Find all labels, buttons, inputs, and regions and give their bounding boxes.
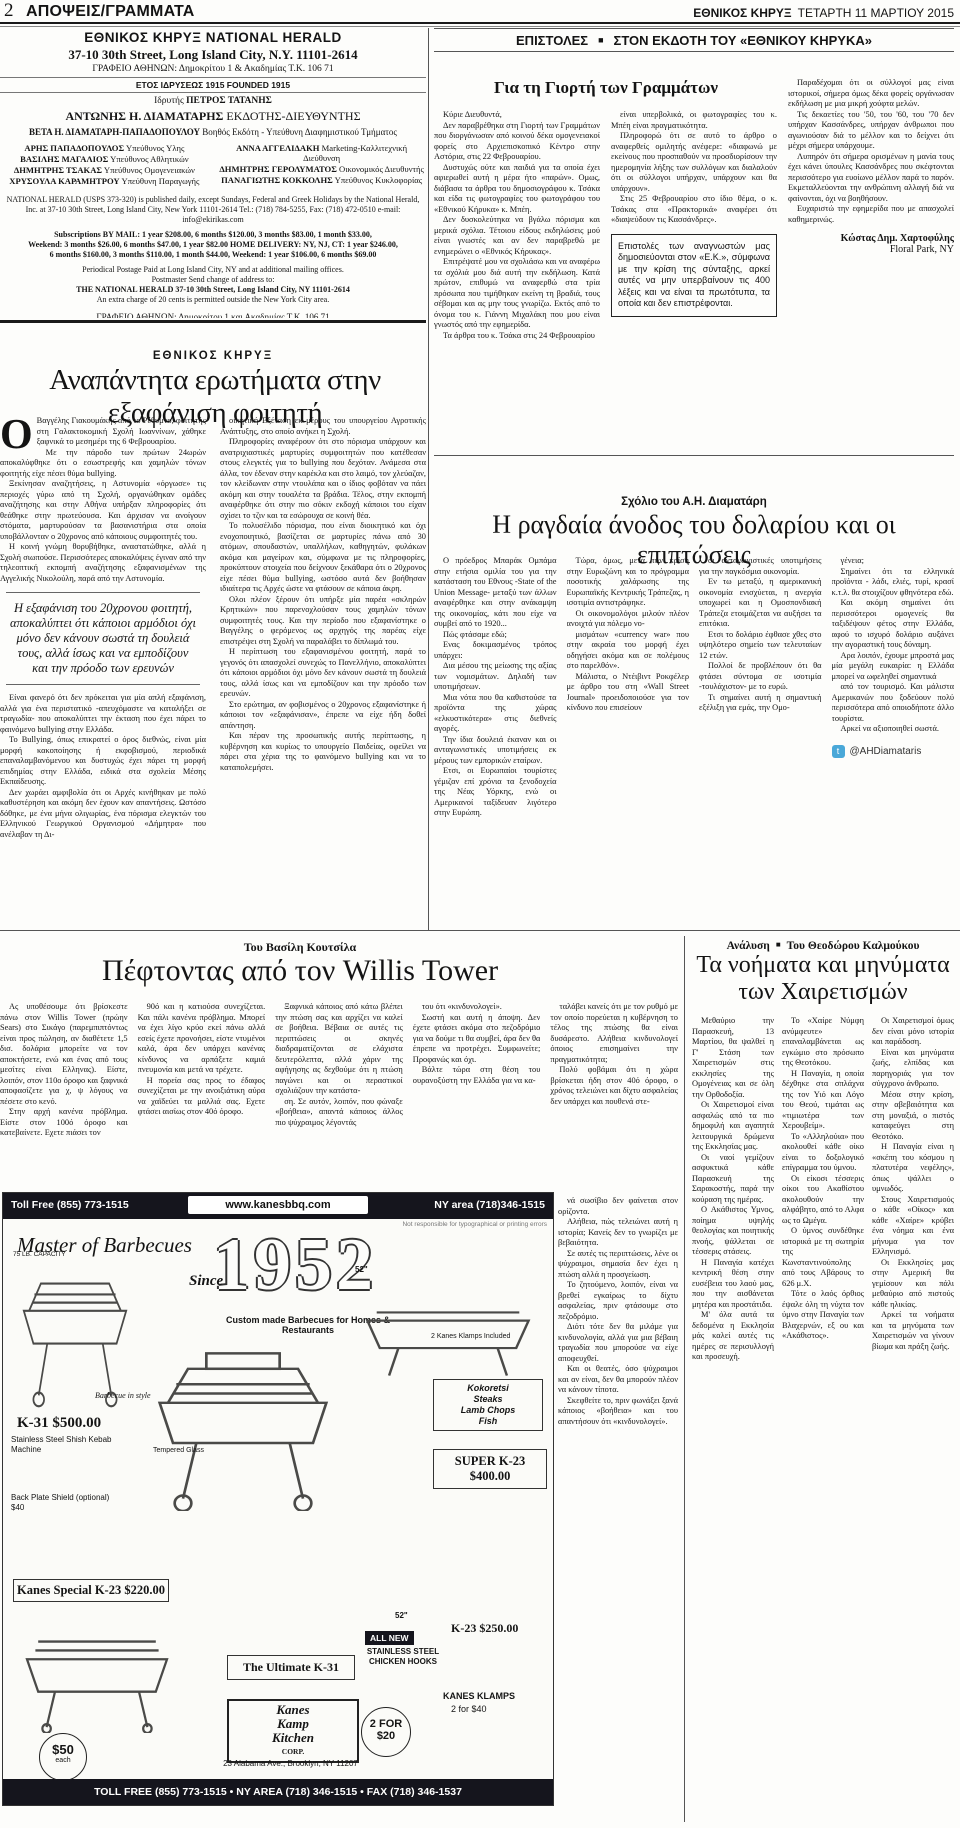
ad-klamps-included: 2 Kanes Klamps Included	[431, 1333, 541, 1342]
paragraph: είναι υπερβολικά, οι φωτογραφίες του κ. …	[611, 110, 777, 131]
paragraph: Ετσι, οι Ευρωπαίοι τουρίστες γέμιζαν επί…	[434, 766, 557, 819]
column-divider	[428, 28, 429, 930]
paragraph: Fish	[434, 1416, 542, 1427]
paragraph: Τα άρθρα του κ. Τσάκα στις 24 Φεβρουαρίο…	[434, 331, 600, 342]
comment-col-4: γένεια;Σημαίνει ότι τα ελληνικά προϊόντα…	[832, 556, 955, 908]
ad-toll-free: Toll Free (855) 773-1515	[11, 1199, 129, 1211]
staff-right: ΑΝΝΑ ΑΓΓΕΛΙΔΑΚΗ Marketing-Καλλιτεχνική Δ…	[217, 143, 426, 187]
athens-contact: ΓΡΑΦΕΙΟ ΑΘΗΝΩΝ: Δημοκρίτου 1 και Ακαδημί…	[0, 312, 426, 318]
paragraph: Steaks	[434, 1394, 542, 1405]
ad-dimension-label: 52"	[355, 1265, 368, 1274]
staff-left: ΑΡΗΣ ΠΑΠΑΔΟΠΟΥΛΟΣ Υπεύθυνος Υλης ΒΑΣΙΛΗΣ…	[0, 143, 209, 187]
paragraph: ση. Σε αυτόν, λοιπόν, που φώναξε «βοήθει…	[275, 1097, 403, 1129]
masthead-athens-office: ΓΡΑΦΕΙΟ ΑΘΗΝΩΝ: Δημοκρίτου 1 & Ακαδημίας…	[0, 64, 426, 74]
ad-bottom-banner: TOLL FREE (855) 773-1515 • NY AREA (718)…	[3, 1779, 553, 1805]
paragraph: Ξαφνικά κάποιος από κάτω βλέπει την πτώσ…	[275, 1002, 403, 1097]
paragraph: Μεθαύριο την Παρασκευή, 13 Μαρτίου, θα ψ…	[692, 1016, 774, 1100]
editorial-col-2: οικητική Εξέταση εκ μέρους του υπουργείο…	[220, 416, 426, 928]
ad-disclaimer: Not responsible for typographical or pri…	[402, 1221, 547, 1228]
paragraph: Πολύ φοβάμαι ότι η χώρα βρίσκεται ήδη στ…	[550, 1065, 678, 1107]
analysis-body: Μεθαύριο την Παρασκευή, 13 Μαρτίου, θα ψ…	[692, 1016, 954, 1776]
page-header: 2 ΑΠΟΨΕΙΣ/ΓΡΑΜΜΑΤΑ ΕΘΝΙΚΟΣ ΚΗΡΥΞΤΕΤΑΡΤΗ …	[0, 0, 960, 22]
ad-tempered-label: Tempered Glass	[153, 1447, 204, 1454]
staff-list: ΑΡΗΣ ΠΑΠΑΔΟΠΟΥΛΟΣ Υπεύθυνος Υλης ΒΑΣΙΛΗΣ…	[0, 143, 426, 187]
paragraph-group: είναι υπερβολικά, οι φωτογραφίες του κ. …	[611, 110, 777, 226]
paragraph: Ετσι το δολάριο έφθασε χθες στο υψηλότερ…	[699, 630, 822, 662]
paragraph: Το «Χαίρε Νύμφη ανύμφευτε» επαναλαμβάνετ…	[782, 1016, 864, 1069]
paragraph: Αρκεί να αξιοποιηθεί σωστά.	[832, 724, 955, 735]
letters-section: ΕΠΙΣΤΟΛΕΣ■ΣΤΟΝ ΕΚΔΟΤΗ ΤΟΥ «ΕΘΝΙΚΟΥ ΚΗΡΥΚ…	[434, 28, 954, 452]
paragraph: Ο Ακάθιστος Υμνος, ποίημα υψηλής θεολογί…	[692, 1205, 774, 1258]
comment-col-3: οι ανταγωνιστικές υποτιμήσεις για την πα…	[699, 556, 822, 908]
paragraph: Τις δεκαετίες του '50, του '60, του '70 …	[788, 110, 954, 152]
paragraph-group: οικητική Εξέταση εκ μέρους του υπουργείο…	[220, 416, 426, 773]
paragraph: Η κοινή γνώμη θορυβήθηκε, αναστατώθηκε, …	[0, 542, 206, 584]
paragraph: Ευχαριστώ την εφημερίδα που με απασχολεί…	[788, 204, 954, 225]
masthead: ΕΘΝΙΚΟΣ ΚΗΡΥΞ NATIONAL HERALD 37-10 30th…	[0, 30, 426, 318]
paragraph: Η περίπτωση του εξαφανισμένου φοιτητή, π…	[220, 647, 426, 700]
falling-byline: Του Βασίλη Κουτσίλα	[0, 940, 600, 955]
masthead-title: ΕΘΝΙΚΟΣ ΚΗΡΥΞ NATIONAL HERALD	[0, 30, 426, 45]
paragraph: οι ανταγωνιστικές υποτιμήσεις για την πα…	[699, 556, 822, 577]
paragraph: Δεν παραβρέθηκα στη Γιορτή των Γραμμάτων…	[434, 121, 600, 163]
twitter-icon: t	[832, 745, 845, 758]
analysis-col-1: Μεθαύριο την Παρασκευή, 13 Μαρτίου, θα ψ…	[692, 1016, 774, 1776]
paragraph: Δεν χωράει αμφιβολία ότι οι Αρχές κινήθη…	[0, 788, 206, 841]
paragraph: Lamb Chops	[434, 1405, 542, 1416]
paragraph: 90ό και η κατιούσα συνεχίζεται. Και πάλι…	[138, 1002, 266, 1076]
paragraph: Πληροφορίες αναφέρουν ότι στο πόρισμα υπ…	[220, 437, 426, 521]
ad-website: www.kanesbbq.com	[188, 1196, 368, 1214]
paragraph: Είναι και μηνύματα ζωής, ελπίδας και παρ…	[872, 1048, 954, 1090]
staff-member: ΠΑΝΑΓΙΩΤΗΣ ΚΟΚΚΟΛΗΣ Υπεύθυνος Κυκλοφορία…	[217, 175, 426, 185]
paragraph: Οι Χαιρετισμοί όμως δεν είναι μόνο ιστορ…	[872, 1016, 954, 1048]
ad-backplate-label: Back Plate Shield (optional) $40	[11, 1493, 121, 1512]
staff-member: ΒΑΣΙΛΗΣ ΜΑΓΑΛΙΟΣ Υπεύθυνος Αθλητικών	[0, 154, 209, 164]
grill-illustration	[143, 1341, 343, 1511]
falling-continuation: νά σωσίβιο δεν φαίνεται στον ορίζοντα.Αλ…	[558, 1196, 678, 1804]
falling-headline: Πέφτοντας από τον Willis Tower	[0, 954, 600, 988]
ad-since: Since	[189, 1273, 223, 1290]
analysis-headline: Τα νοήματα και μηνύματα των Χαιρετισμών	[692, 952, 954, 1006]
paragraph: μισμάτων «currency war» που στην ακραία …	[567, 630, 690, 672]
paragraph: Ο πρόεδρος Μπαράκ Ομπάμα στην ετήσια ομι…	[434, 556, 557, 630]
ad-50-each-badge: $50each	[39, 1733, 87, 1781]
paragraph: Αρα λοιπόν, έχουμε μπροστά μας μία μεγάλ…	[832, 651, 955, 683]
paragraph: Αρκεί τα νοήματα και τα μηνύματα των Χαι…	[872, 1310, 954, 1352]
paragraph: Τώρα, όμως, μετά την κρίση στην Ευρωζώνη…	[567, 556, 690, 609]
paragraph: Οι είκοσι τέσσερις οίκοι του Ακαθίστου α…	[782, 1174, 864, 1227]
paragraph: Στις 25 Φεβρουαρίου στο ίδιο θέμα, ο κ. …	[611, 194, 777, 226]
falling-col-1: Ας υποθέσουμε ότι βρίσκεστε πάνω στον Wi…	[0, 1002, 128, 1188]
grill-illustration	[11, 1259, 139, 1409]
paragraph: Η Παναγία, η οποία δέχθηκε στα σπλάχνα τ…	[782, 1069, 864, 1132]
bbq-advertisement: Toll Free (855) 773-1515 www.kanesbbq.co…	[2, 1192, 554, 1806]
falling-col-5: ταλάβει κανείς ότι με τον ρυθμό με τον ο…	[550, 1002, 678, 1188]
paragraph: Μ' όλα αυτά τα δεδομένα η Εκκλησία μάς κ…	[692, 1310, 774, 1363]
paragraph: Μια νότα που θα καθιστούσε τα προϊόντα τ…	[434, 693, 557, 735]
paragraph: Ο Βαγγέλης Γιακουμάκης από το Ρέθυμνο, φ…	[0, 416, 206, 448]
paragraph: Και οι θεατές, όσο ψύχραιμοι και αν είνα…	[558, 1364, 678, 1396]
paragraph: Ο ύμνος συνδέθηκε ιστορικά με τη σωτηρία…	[782, 1226, 864, 1289]
paragraph: Ολοι πλέον ξέρουν ότι υπήρξε μία παρέα «…	[220, 595, 426, 648]
editorial-col-1: Ο Βαγγέλης Γιακουμάκης από το Ρέθυμνο, φ…	[0, 416, 206, 928]
ad-shish-label: Stainless Steel Shish Kebab Machine	[11, 1435, 131, 1454]
staff-member: ΑΡΗΣ ΠΑΠΑΔΟΠΟΥΛΟΣ Υπεύθυνος Υλης	[0, 143, 209, 153]
paragraph: ταλάβει κανείς ότι με τον ρυθμό με τον ο…	[550, 1002, 678, 1065]
paragraph-group: Παραδέχομαι ότι οι σύλλογοί μας είναι ισ…	[788, 78, 954, 225]
falling-body: Ας υποθέσουμε ότι βρίσκεστε πάνω στον Wi…	[0, 1002, 678, 1188]
falling-col-3: Ξαφνικά κάποιος από κάτω βλέπει την πτώσ…	[275, 1002, 403, 1188]
paragraph: Οι ναοί γεμίζουν ασφυκτικά κάθε Παρασκευ…	[692, 1153, 774, 1206]
staff-member: ΔΗΜΗΤΡΗΣ ΤΣΑΚΑΣ Υπεύθυνος Ομογενειακών	[0, 165, 209, 175]
masthead-address: 37-10 30th Street, Long Island City, N.Y…	[0, 47, 426, 63]
paragraph: Το «Αλληλούια» που ακολουθεί κάθε οίκο ε…	[782, 1132, 864, 1174]
pull-quote: Η εξαφάνιση του 20χρονου φοιτητή, αποκαλ…	[6, 592, 200, 685]
comment-col-2: Τώρα, όμως, μετά την κρίση στην Ευρωζώνη…	[567, 556, 690, 908]
paragraph: Πώς φτάσαμε εδώ;	[434, 630, 557, 641]
ad-capacity-label: 75 LB. CAPACITY	[13, 1251, 66, 1258]
ad-special-price: Kanes Special K-23 $220.00	[13, 1579, 169, 1602]
paragraph: γένεια;	[832, 556, 955, 567]
legal-notice: NATIONAL HERALD (USPS 373-320) is publis…	[0, 195, 426, 225]
editorial-rule	[0, 320, 426, 323]
analysis-byline: Ανάλυση■Του Θεοδώρου Καλμούκου	[692, 940, 954, 952]
paragraph: Οι Χαιρετισμοί είναι ασφαλώς από τα πιο …	[692, 1100, 774, 1153]
paragraph-group: Με την πάροδο των πρώτων 24ωρών αποκαλύφ…	[0, 448, 206, 585]
square-bullet-icon: ■	[776, 940, 781, 949]
paragraph: Δεν δυσκολεύτηκα να βγάλω πόρισμα και με…	[434, 215, 600, 257]
paragraph: Είναι φανερό ότι δεν πρόκειται για μία α…	[0, 693, 206, 735]
page-number: 2	[4, 0, 14, 22]
header-rule	[0, 22, 960, 24]
postal-notice: Periodical Postage Paid at Long Island C…	[0, 265, 426, 305]
editor-note-box: Επιστολές των αναγνωστών μας δημοσιεύοντ…	[611, 234, 777, 317]
issue-date: ΤΕΤΑΡΤΗ 11 ΜΑΡΤΙΟΥ 2015	[798, 6, 954, 20]
paragraph: Αλήθεια, πώς τελειώνει αυτή η ιστορία; Κ…	[558, 1217, 678, 1249]
ad-top-banner: Toll Free (855) 773-1515 www.kanesbbq.co…	[3, 1193, 553, 1219]
paragraph: Μάλιστα, ο Ντέιβιντ Ροκφέλερ με άρθρο το…	[567, 672, 690, 714]
section-divider	[0, 930, 960, 931]
paragraph: Μέσα στην κρίση, στην αβεβαιότητα και στ…	[872, 1090, 954, 1143]
ad-ny-area: NY area (718)346-1515	[434, 1199, 545, 1211]
paragraph: Η πορεία σας προς το έδαφος συνεχίζεται …	[138, 1076, 266, 1118]
letter-signature: Κώστας Δημ. Χαρτοφύλης Floral Park, NY	[788, 233, 954, 255]
ad-address: 23 Alabama Ave., Brooklyn, NY 11207	[203, 1759, 378, 1768]
staff-member: ΧΡΥΣΟΥΛΑ ΚΑΡΑΜΗΤΡΟΥ Υπεύθυνη Παραγωγής	[0, 176, 209, 186]
masthead-publisher: ΑΝΤΩΝΗΣ Η. ΔΙΑΜΑΤΑΡΗΣ ΕΚΔΟΤΗΣ-ΔΙΕΥΘΥΝΤΗΣ	[0, 109, 426, 124]
ad-dimension-label: 52"	[395, 1611, 408, 1620]
paragraph: οικητική Εξέταση εκ μέρους του υπουργείο…	[220, 416, 426, 437]
editorial-body: Ο Βαγγέλης Γιακουμάκης από το Ρέθυμνο, φ…	[0, 416, 426, 928]
paragraph: Η Παναγία είναι η «σκέπη του κόσμου η πλ…	[872, 1142, 954, 1195]
paragraph: από τον τουρισμό. Και μάλιστα Αμερικανών…	[832, 682, 955, 724]
paragraph: Λυπηρόν ότι σήμερα ορισμένων η μανία του…	[788, 152, 954, 205]
paragraph: Στους Χαιρετισμούς ο κάθε «Οίκος» και κά…	[872, 1195, 954, 1258]
paragraph: Στην αρχή κανένα πρόβλημα. Είστε στον 10…	[0, 1107, 128, 1139]
analysis-col-2: Το «Χαίρε Νύμφη ανύμφευτε» επαναλαμβάνετ…	[782, 1016, 864, 1776]
ad-super-price: SUPER K-23 $400.00	[433, 1449, 547, 1489]
paragraph-group: Είναι φανερό ότι δεν πρόκειται για μία α…	[0, 693, 206, 840]
paragraph: Δυστυχώς ούτε και παιδιά για τα οποία έχ…	[434, 163, 600, 216]
analysis-col-3: Οι Χαιρετισμοί όμως δεν είναι μόνο ιστορ…	[872, 1016, 954, 1776]
ad-year: 1952	[213, 1223, 377, 1308]
falling-col-4: του ότι «κινδυνολογεί».Σωστή και αυτή η …	[413, 1002, 541, 1188]
paragraph: Σωστή και αυτή η άποψη. Δεν έχετε φτάσει…	[413, 1013, 541, 1066]
subscriptions: Subscriptions BY MAIL: 1 year $208.00, 6…	[0, 230, 426, 260]
paragraph: Επιτρέψατέ μου να σχολιάσω και να αναφέρ…	[434, 257, 600, 331]
ad-company-logo: KanesKampKitchen CORP.	[227, 1699, 359, 1763]
ad-2for40-label: 2 for $40	[451, 1704, 487, 1714]
paragraph: Σκεφθείτε το, πριν φωνάξει ξανά κάποιος …	[558, 1396, 678, 1428]
paragraph: Και πέραν της προσωπικής αυτής περίπτωση…	[220, 731, 426, 773]
paragraph: Κύριε Διευθυντά,	[434, 110, 600, 121]
paragraph: Το ζητούμενο, λοιπόν, είναι να βρεθεί εγ…	[558, 1280, 678, 1322]
letter-col-a: Κύριε Διευθυντά,Δεν παραβρέθηκα στη Γιορ…	[434, 78, 600, 476]
masthead-founded: ΕΤΟΣ ΙΔΡΥΣΕΩΣ 1915 FOUNDED 1915	[0, 77, 426, 93]
falling-col-2: 90ό και η κατιούσα συνεχίζεται. Και πάλι…	[138, 1002, 266, 1188]
masthead-founder: Ιδρυτής ΠΕΤΡΟΣ ΤΑΤΑΝΗΣ	[0, 96, 426, 106]
letters-header: ΕΠΙΣΤΟΛΕΣ■ΣΤΟΝ ΕΚΔΟΤΗ ΤΟΥ «ΕΘΝΙΚΟΥ ΚΗΡΥΚ…	[434, 28, 954, 52]
paragraph: Οι Εκκλησίες μας στην Αμερική θα γεμίσου…	[872, 1258, 954, 1311]
ad-2for20-badge: 2 FOR $20	[361, 1707, 411, 1757]
paragraph: Η Παναγία κατέχει κεντρική θέση στην ευσ…	[692, 1258, 774, 1311]
paragraph: Τι σημαίνει αυτή η σημαντική εξέλιξη για…	[699, 693, 822, 714]
paragraph: Kokoretsi	[434, 1383, 542, 1394]
paragraph: Σε αυτές τις περιπτώσεις, λένε οι ψύχραι…	[558, 1249, 678, 1281]
paragraph-group: Κύριε Διευθυντά,Δεν παραβρέθηκα στη Γιορ…	[434, 110, 600, 341]
paragraph: Στο ερώτημα, αν φοβισμένος ο 20χρονος εξ…	[220, 700, 426, 732]
paragraph: Εν τω μεταξύ, η αμερικανική οικονομία εν…	[699, 577, 822, 630]
paragraph: νά σωσίβιο δεν φαίνεται στον ορίζοντα.	[558, 1196, 678, 1217]
column-divider	[684, 936, 685, 1822]
paragraph: Πληροφορώ ότι σε αυτό το άρθρο ο αναφερθ…	[611, 131, 777, 194]
paragraph: Το Bullying, όπως επικρατεί ο όρος διεθν…	[0, 735, 206, 788]
letter-col-b: είναι υπερβολικά, οι φωτογραφίες του κ. …	[611, 78, 777, 476]
editorial-label: ΕΘΝΙΚΟΣ ΚΗΡΥΞ	[0, 350, 426, 362]
ad-k23-price: K-23 $250.00	[451, 1621, 518, 1636]
paper-name: ΕΘΝΙΚΟΣ ΚΗΡΥΞ	[693, 6, 791, 20]
paragraph: Πολλοί δε προβλέπουν ότι θα φτάσει σύντο…	[699, 661, 822, 693]
letter-body: Κύριε Διευθυντά,Δεν παραβρέθηκα στη Γιορ…	[434, 78, 954, 476]
paragraph: Την ίδια δουλειά έκαναν και οι ανταγωνισ…	[434, 735, 557, 767]
paragraph: Δια μέσου της μείωσης της αξίας των νομι…	[434, 661, 557, 693]
square-bullet-icon: ■	[598, 35, 603, 45]
paragraph: Σημαίνει ότι τα ελληνικά προϊόντα - λάδι…	[832, 567, 955, 599]
header-rule-2	[0, 26, 960, 27]
ad-klamps-label: KANES KLAMPS	[443, 1691, 515, 1701]
analysis-section: Ανάλυση■Του Θεοδώρου Καλμούκου Τα νοήματ…	[692, 936, 954, 1824]
paragraph: Ξεκίνησαν αναζητήσεις, η Αστυνομία «όργω…	[0, 479, 206, 542]
letter-col-c: Παραδέχομαι ότι οι σύλλογοί μας είναι ισ…	[788, 78, 954, 476]
dateline: ΕΘΝΙΚΟΣ ΚΗΡΥΞΤΕΤΑΡΤΗ 11 ΜΑΡΤΙΟΥ 2015	[693, 6, 954, 20]
paragraph: Το πολυσέλιδο πόρισμα, που είναι διοικητ…	[220, 521, 426, 595]
comment-kicker: Σχόλιο του Α.Η. Διαματάρη	[434, 496, 954, 508]
paragraph: Βάλτε τώρα στη θέση του ουρανοξύστη την …	[413, 1065, 541, 1086]
newspaper-page: 2 ΑΠΟΨΕΙΣ/ΓΡΑΜΜΑΤΑ ΕΘΝΙΚΟΣ ΚΗΡΥΞΤΕΤΑΡΤΗ …	[0, 0, 960, 1828]
twitter-handle: @AHDiamataris	[850, 746, 922, 757]
paragraph: Οι οικονομολόγοι μιλούν πλέον ανοιχτά γι…	[567, 609, 690, 630]
ad-all-new-flag: ALL NEW	[365, 1631, 414, 1645]
staff-member: ΑΝΝΑ ΑΓΓΕΛΙΔΑΚΗ Marketing-Καλλιτεχνική Δ…	[217, 143, 426, 163]
section-title: ΑΠΟΨΕΙΣ/ΓΡΑΜΜΑΤΑ	[26, 3, 195, 21]
ad-ultimate-label: The Ultimate K-31	[227, 1655, 355, 1680]
paragraph: Ενας δοκιμασμένος τρόπος υπάρχει:	[434, 640, 557, 661]
paragraph: Ας υποθέσουμε ότι βρίσκεστε πάνω στον Wi…	[0, 1002, 128, 1107]
paragraph: Διότι τότε δεν θα μιλάμε για κινδυνολογί…	[558, 1322, 678, 1364]
grill-illustration	[13, 1615, 181, 1733]
ad-k31-price: K-31 $500.00	[17, 1415, 101, 1432]
comment-body: Ο πρόεδρος Μπαράκ Ομπάμα στην ετήσια ομι…	[434, 556, 954, 908]
paragraph: Και ακόμη σημαίνει ότι περισσότεροι ομογ…	[832, 598, 955, 651]
ad-kokoretsi-box: KokoretsiSteaksLamb ChopsFish	[433, 1379, 543, 1431]
comment-section: Σχόλιο του Α.Η. Διαματάρη Η ραγδαία άνοδ…	[434, 455, 954, 928]
staff-member: ΔΗΜΗΤΡΗΣ ΓΕΡΟΛΥΜΑΤΟΣ Οικονομικός Διευθυν…	[217, 164, 426, 174]
paragraph: Τότε ο λαός όρθιος έψαλε όλη τη νύχτα το…	[782, 1289, 864, 1342]
twitter-row: t @AHDiamataris	[832, 745, 955, 758]
paragraph: του ότι «κινδυνολογεί».	[413, 1002, 541, 1013]
comment-col-1: Ο πρόεδρος Μπαράκ Ομπάμα στην ετήσια ομι…	[434, 556, 557, 908]
masthead-assistant: ΒΕΤΑ Η. ΔΙΑΜΑΤΑΡΗ-ΠΑΠΑΔΟΠΟΥΛΟΥ Βοηθός Εκ…	[0, 127, 426, 137]
ad-hooks-label: STAINLESS STEEL CHICKEN HOOKS	[357, 1647, 449, 1666]
paragraph: Παραδέχομαι ότι οι σύλλογοί μας είναι ισ…	[788, 78, 954, 110]
